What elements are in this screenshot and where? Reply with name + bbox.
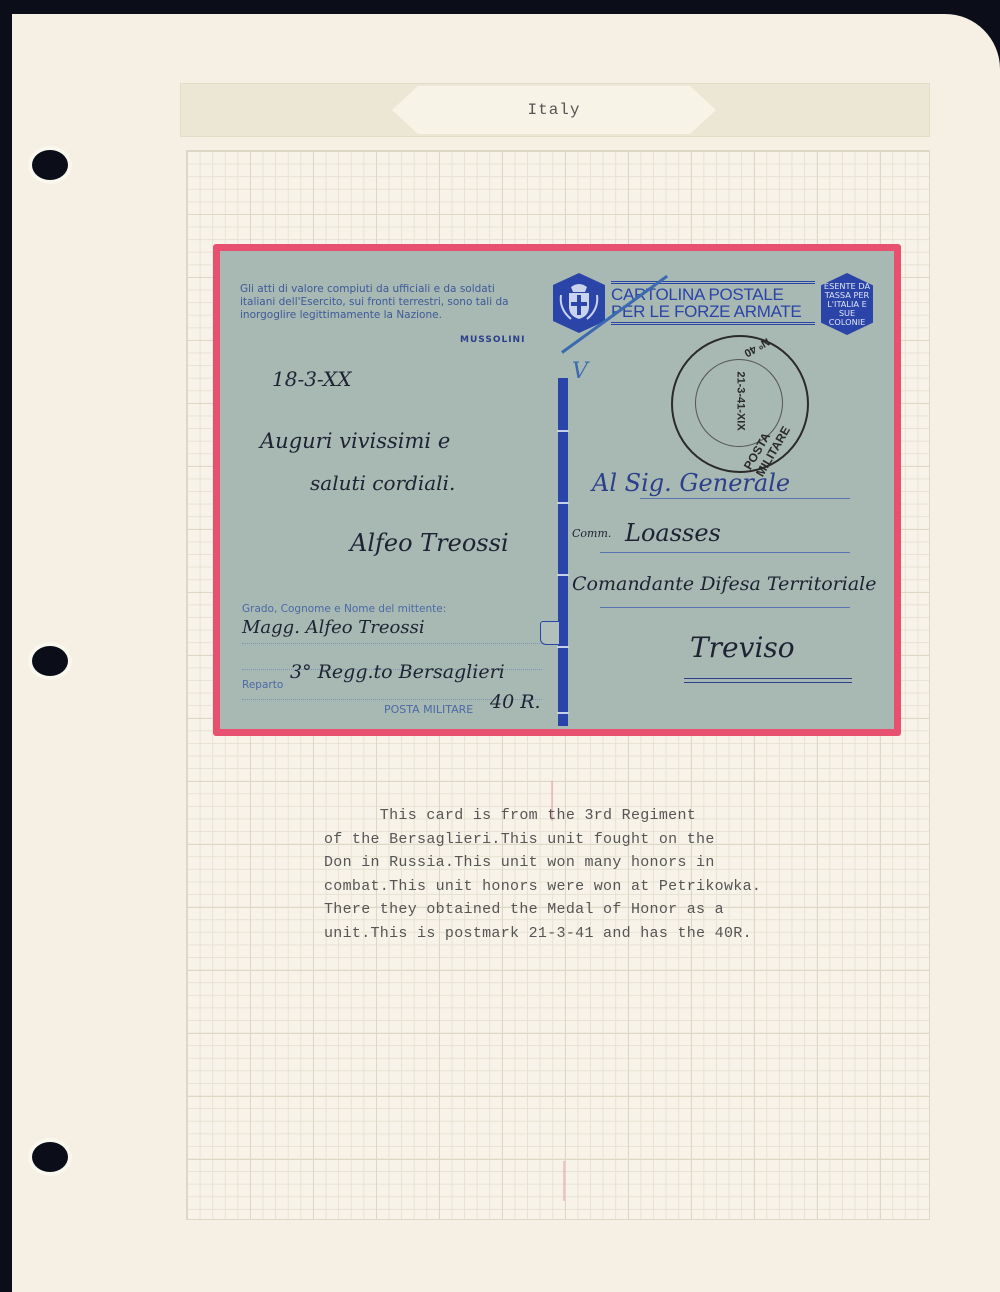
note-line: There they obtained the Medal of Honor a… <box>324 898 924 922</box>
axe-head-icon <box>540 621 560 645</box>
message-line2: saluti cordiali. <box>310 471 455 495</box>
fasces-divider <box>558 378 568 726</box>
address-rule <box>600 607 850 608</box>
title-tab: Italy <box>392 86 716 134</box>
binder-hole <box>32 646 68 676</box>
message-line1: Auguri vivissimi e <box>260 429 450 453</box>
address-rule <box>600 552 850 553</box>
note-line: of the Bersaglieri.This unit fought on t… <box>324 828 924 852</box>
sender-unit-label: Reparto <box>242 679 283 691</box>
check-mark: V <box>572 359 588 384</box>
address-rule-double <box>684 678 852 683</box>
typewritten-note: This card is from the 3rd Regimentof the… <box>324 804 924 946</box>
postmark: 21-3-41-XIX POSTA MILITARE Nº 40 <box>671 335 809 473</box>
exempt-line: SUE COLONIE <box>821 309 873 327</box>
card-title-line2: PER LE FORZE ARMATE <box>611 303 815 320</box>
note-line: This card is from the 3rd Regiment <box>324 804 924 828</box>
posta-militare-value: 40 R. <box>490 691 541 713</box>
address-line3: Comandante Difesa Territoriale <box>572 573 876 595</box>
quote-author: MUSSOLINI <box>460 335 525 345</box>
postcard: Gli atti di valore compiuti da ufficiali… <box>213 244 901 736</box>
message-date: 18-3-XX <box>272 367 351 391</box>
sender-name-label: Grado, Cognome e Nome del mittente: <box>242 603 446 615</box>
postcard-face: Gli atti di valore compiuti da ufficiali… <box>220 251 894 729</box>
address-line1: Al Sig. Generale <box>592 469 790 497</box>
sender-unit-value: 3° Regg.to Bersaglieri <box>290 661 505 683</box>
ink-bleed-mark <box>563 1161 565 1201</box>
note-line: Don in Russia.This unit won many honors … <box>324 851 924 875</box>
binder-hole <box>32 1142 68 1172</box>
postmark-date: 21-3-41-XIX <box>735 371 747 430</box>
page-title: Italy <box>392 101 716 119</box>
sender-name-value: Magg. Alfeo Treossi <box>242 617 425 638</box>
album-page: Italy Gli atti di valore compiuti da uff… <box>12 14 1000 1292</box>
tax-exempt-indicium: ESENTE DA TASSA PER L'ITALIA E SUE COLON… <box>821 273 873 335</box>
address-prefix: Comm. <box>572 527 611 540</box>
posta-militare-label: POSTA MILITARE <box>384 703 473 716</box>
dotted-line <box>242 643 542 644</box>
card-title: CARTOLINA POSTALE PER LE FORZE ARMATE <box>611 281 815 325</box>
note-line: combat.This unit honors were won at Petr… <box>324 875 924 899</box>
postmark-number: Nº 40 <box>742 335 772 359</box>
binder-hole <box>32 150 68 180</box>
message-signature: Alfeo Treossi <box>350 529 509 557</box>
address-line4: Treviso <box>690 631 795 664</box>
propaganda-quote: Gli atti di valore compiuti da ufficiali… <box>240 283 524 322</box>
address-line2: Loasses <box>625 519 721 547</box>
note-line: unit.This is postmark 21-3-41 and has th… <box>324 922 924 946</box>
address-rule <box>640 498 850 499</box>
page-header: Italy <box>180 83 930 137</box>
